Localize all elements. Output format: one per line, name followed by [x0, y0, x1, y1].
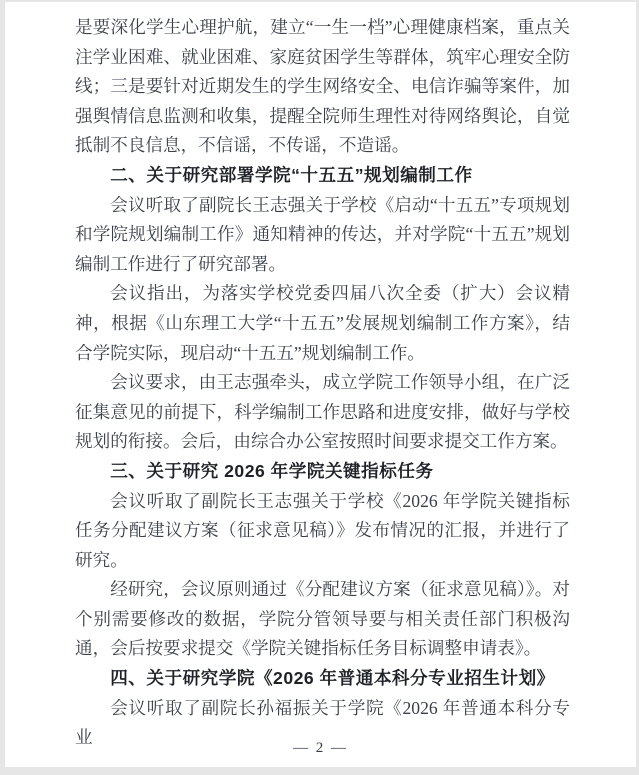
document-page: 是要深化学生心理护航，建立“一生一档”心理健康档案，重点关注学业困难、就业困难、… [5, 2, 636, 767]
section-heading: 三、关于研究 2026 年学院关键指标任务 [75, 457, 570, 487]
paragraph: 会议指出，为落实学校党委四届八次全委（扩大）会议精神，根据《山东理工大学“十五五… [75, 279, 570, 368]
page-number: — 2 — [5, 740, 636, 757]
paragraph: 经研究，会议原则通过《分配建议方案（征求意见稿）》。对个别需要修改的数据，学院分… [75, 575, 570, 664]
section-heading: 四、关于研究学院《2026 年普通本科分专业招生计划》 [75, 664, 570, 694]
paragraph: 会议要求，由王志强牵头，成立学院工作领导小组，在广泛征集意见的前提下，科学编制工… [75, 368, 570, 457]
paragraph: 会议听取了副院长王志强关于学校《启动“十五五”专项规划和学院规划编制工作》通知精… [75, 191, 570, 280]
section-heading: 二、关于研究部署学院“十五五”规划编制工作 [75, 161, 570, 191]
viewer-background: 是要深化学生心理护航，建立“一生一档”心理健康档案，重点关注学业困难、就业困难、… [0, 0, 639, 775]
document-body: 是要深化学生心理护航，建立“一生一档”心理健康档案，重点关注学业困难、就业困难、… [5, 2, 636, 753]
paragraph: 会议听取了副院长王志强关于学校《2026 年学院关键指标任务分配建议方案（征求意… [75, 487, 570, 576]
paragraph-continued: 是要深化学生心理护航，建立“一生一档”心理健康档案，重点关注学业困难、就业困难、… [75, 13, 570, 161]
